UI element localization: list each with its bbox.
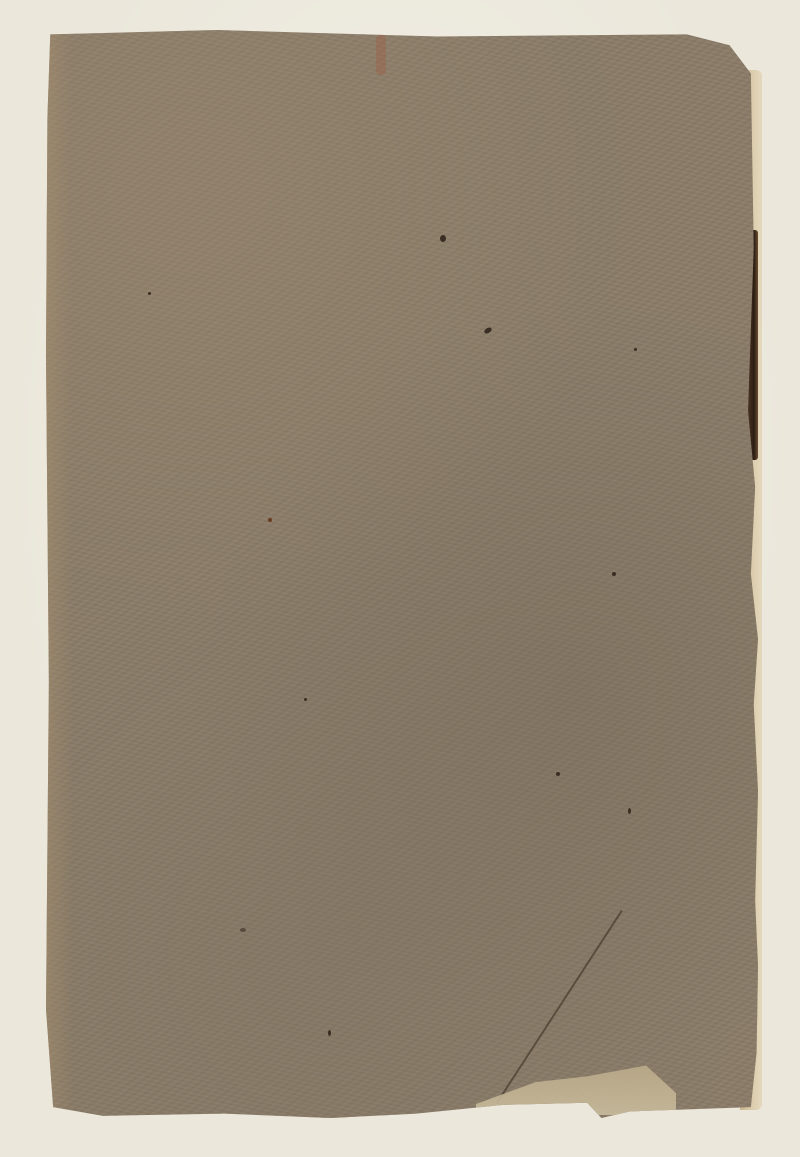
paper-texture <box>46 30 758 1118</box>
book-cover <box>46 30 758 1118</box>
rust-stain <box>376 35 386 75</box>
speck <box>268 518 272 522</box>
speck <box>328 1030 331 1036</box>
speck <box>612 572 616 576</box>
speck <box>304 698 307 701</box>
speck <box>240 928 246 932</box>
speck <box>634 348 637 351</box>
speck <box>440 235 446 242</box>
speck <box>148 292 151 295</box>
worn-left-edge <box>46 30 72 1118</box>
speck <box>628 808 631 814</box>
speck <box>556 772 560 776</box>
